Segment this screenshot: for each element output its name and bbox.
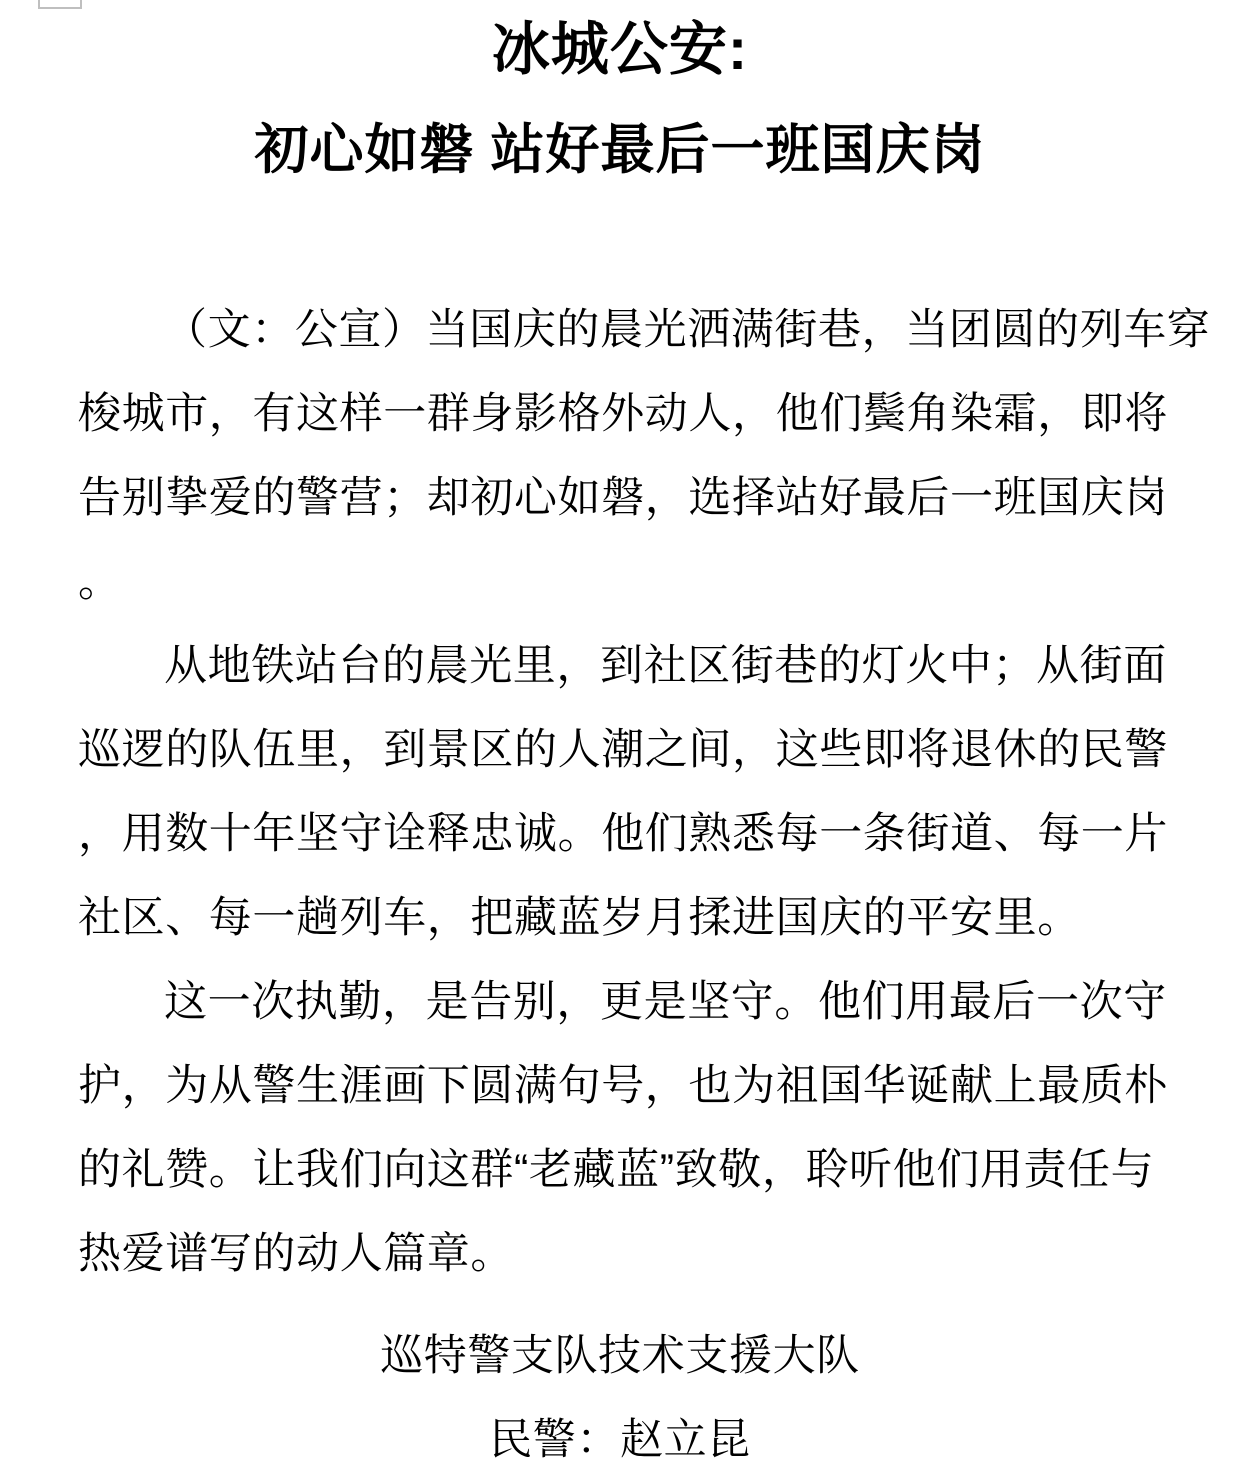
paragraph-3-line-3: 的礼赞。让我们向这群“老藏蓝”致敬，聆听他们用责任与 xyxy=(0,1128,1240,1212)
paragraph-1-line-3: 告别挚爱的警营；却初心如磐，选择站好最后一班国庆岗 xyxy=(0,456,1240,540)
paragraph-1-line-1: （文：公宣）当国庆的晨光洒满街巷，当团圆的列车穿 xyxy=(0,288,1240,372)
paragraph-2-line-2: 巡逻的队伍里，到景区的人潮之间，这些即将退休的民警 xyxy=(0,708,1240,792)
paragraph-3-line-2: 护，为从警生涯画下圆满句号，也为祖国华诞献上最质朴 xyxy=(0,1044,1240,1128)
paragraph-2-line-1: 从地铁站台的晨光里，到社区街巷的灯火中；从街面 xyxy=(0,624,1240,708)
doc-signature: 巡特警支队技术支援大队 民警：赵立昆 xyxy=(0,1314,1240,1482)
paragraph-1-line-2: 梭城市，有这样一群身影格外动人，他们鬓角染霜，即将 xyxy=(0,372,1240,456)
paragraph-3-line-4: 热爱谱写的动人篇章。 xyxy=(0,1212,1240,1296)
doc-body: （文：公宣）当国庆的晨光洒满街巷，当团圆的列车穿 梭城市，有这样一群身影格外动人… xyxy=(0,288,1240,1296)
paragraph-2-line-3: ，用数十年坚守诠释忠诚。他们熟悉每一条街道、每一片 xyxy=(0,792,1240,876)
signature-unit: 巡特警支队技术支援大队 xyxy=(0,1314,1240,1398)
paragraph-3-line-1: 这一次执勤，是告别，更是坚守。他们用最后一次守 xyxy=(0,960,1240,1044)
document-page: 冰城公安: 初心如磐 站好最后一班国庆岗 （文：公宣）当国庆的晨光洒满街巷，当团… xyxy=(0,0,1240,1484)
paragraph-2-line-4: 社区、每一趟列车，把藏蓝岁月揉进国庆的平安里。 xyxy=(0,876,1240,960)
signature-officer: 民警：赵立昆 xyxy=(0,1398,1240,1482)
cropped-ui-fragment xyxy=(38,0,82,9)
doc-subtitle: 初心如磐 站好最后一班国庆岗 xyxy=(0,114,1240,186)
doc-title: 冰城公安: xyxy=(0,0,1240,84)
paragraph-1-line-4: 。 xyxy=(0,540,1240,624)
